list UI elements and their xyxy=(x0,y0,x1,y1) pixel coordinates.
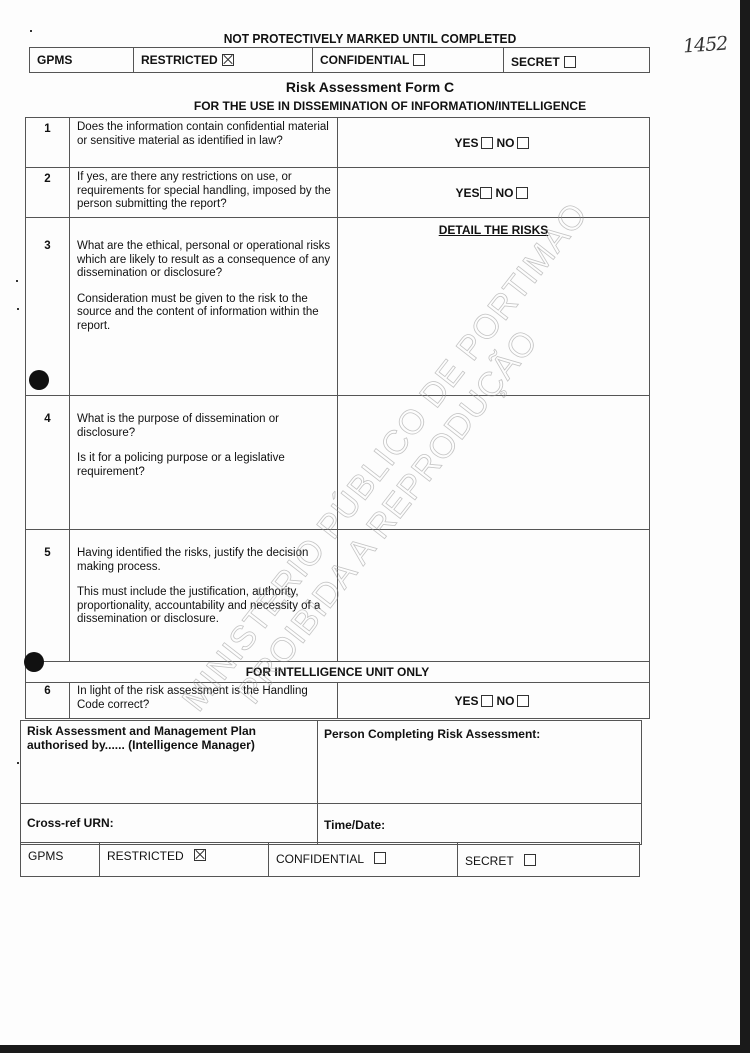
purpose-answer-field[interactable] xyxy=(338,396,650,530)
confidential-checkbox[interactable] xyxy=(374,852,386,864)
signoff-row: Risk Assessment and Management Plan auth… xyxy=(20,720,642,804)
question-text: In light of the risk assessment is the H… xyxy=(70,683,338,719)
restricted-checkbox[interactable] xyxy=(222,54,234,66)
person-completing-label: Person Completing Risk Assessment: xyxy=(324,727,540,741)
yes-no-answer: YESNO xyxy=(338,168,650,218)
intelligence-unit-heading: FOR INTELLIGENCE UNIT ONLY xyxy=(26,662,650,683)
detail-risks-heading: DETAIL THE RISKS xyxy=(439,223,549,237)
scan-speck xyxy=(17,762,19,764)
authorised-by-field[interactable]: Risk Assessment and Management Plan auth… xyxy=(21,721,318,803)
question-number: 1 xyxy=(26,118,70,168)
time-date-label: Time/Date: xyxy=(324,818,385,832)
question-number: 4 xyxy=(26,396,70,530)
person-completing-field[interactable]: Person Completing Risk Assessment: xyxy=(318,721,641,803)
marking-notice: NOT PROTECTIVELY MARKED UNTIL COMPLETED xyxy=(15,32,725,46)
question-row-5: 5 Having identified the risks, justify t… xyxy=(26,530,650,662)
yes-checkbox[interactable] xyxy=(481,695,493,707)
classification-confidential[interactable]: CONFIDENTIAL xyxy=(269,843,458,876)
secret-checkbox[interactable] xyxy=(524,854,536,866)
scan-speck xyxy=(30,30,32,32)
time-date-field[interactable]: Time/Date: xyxy=(318,804,641,844)
question-row-2: 2 If yes, are there any restrictions on … xyxy=(26,168,650,218)
yes-no-answer: YESNO xyxy=(338,683,650,719)
question-number: 3 xyxy=(26,218,70,396)
question-row-6: 6 In light of the risk assessment is the… xyxy=(26,683,650,719)
form-title: Risk Assessment Form C xyxy=(0,79,740,95)
scanned-page: NOT PROTECTIVELY MARKED UNTIL COMPLETED … xyxy=(0,0,740,1045)
gpms-label: GPMS xyxy=(21,843,100,876)
question-row-1: 1 Does the information contain confident… xyxy=(26,118,650,168)
cross-ref-label: Cross-ref URN: xyxy=(27,816,114,830)
scan-speck xyxy=(17,308,19,310)
punch-hole xyxy=(24,652,44,672)
signoff-section: Risk Assessment and Management Plan auth… xyxy=(20,720,642,845)
confidential-checkbox[interactable] xyxy=(413,54,425,66)
classification-confidential[interactable]: CONFIDENTIAL xyxy=(313,48,504,72)
classification-restricted[interactable]: RESTRICTED xyxy=(134,48,313,72)
classification-secret[interactable]: SECRET xyxy=(504,48,649,72)
classification-row-top: GPMS RESTRICTED CONFIDENTIAL SECRET xyxy=(29,47,650,73)
punch-hole xyxy=(29,370,49,390)
justification-answer-field[interactable] xyxy=(338,530,650,662)
yes-checkbox[interactable] xyxy=(480,187,492,199)
secret-checkbox[interactable] xyxy=(564,56,576,68)
no-checkbox[interactable] xyxy=(517,695,529,707)
gpms-label: GPMS xyxy=(30,48,134,72)
classification-secret[interactable]: SECRET xyxy=(458,843,639,876)
question-text: What are the ethical, personal or operat… xyxy=(70,218,338,396)
form-subtitle: FOR THE USE IN DISSEMINATION OF INFORMAT… xyxy=(0,99,740,113)
cross-ref-field[interactable]: Cross-ref URN: xyxy=(21,804,318,844)
classification-restricted[interactable]: RESTRICTED xyxy=(100,843,269,876)
no-checkbox[interactable] xyxy=(516,187,528,199)
scan-speck xyxy=(16,280,18,282)
question-row-3: 3 What are the ethical, personal or oper… xyxy=(26,218,650,396)
question-text: Does the information contain confidentia… xyxy=(70,118,338,168)
risk-assessment-table: 1 Does the information contain confident… xyxy=(25,117,650,719)
question-number: 6 xyxy=(26,683,70,719)
restricted-checkbox[interactable] xyxy=(194,849,206,861)
question-number: 2 xyxy=(26,168,70,218)
classification-row-bottom: GPMS RESTRICTED CONFIDENTIAL SECRET xyxy=(20,842,640,877)
question-number: 5 xyxy=(26,530,70,662)
yes-checkbox[interactable] xyxy=(481,137,493,149)
question-text: What is the purpose of dissemination or … xyxy=(70,396,338,530)
question-row-4: 4 What is the purpose of dissemination o… xyxy=(26,396,650,530)
authorised-by-label: Risk Assessment and Management Plan auth… xyxy=(27,724,256,752)
question-text: Having identified the risks, justify the… xyxy=(70,530,338,662)
detail-risks-field[interactable]: DETAIL THE RISKS xyxy=(338,218,650,396)
reference-row: Cross-ref URN: Time/Date: xyxy=(20,804,642,845)
question-text: If yes, are there any restrictions on us… xyxy=(70,168,338,218)
intelligence-unit-header-row: FOR INTELLIGENCE UNIT ONLY xyxy=(26,662,650,683)
handwritten-page-number: 1452 xyxy=(682,32,728,57)
no-checkbox[interactable] xyxy=(517,137,529,149)
yes-no-answer: YESNO xyxy=(338,118,650,168)
